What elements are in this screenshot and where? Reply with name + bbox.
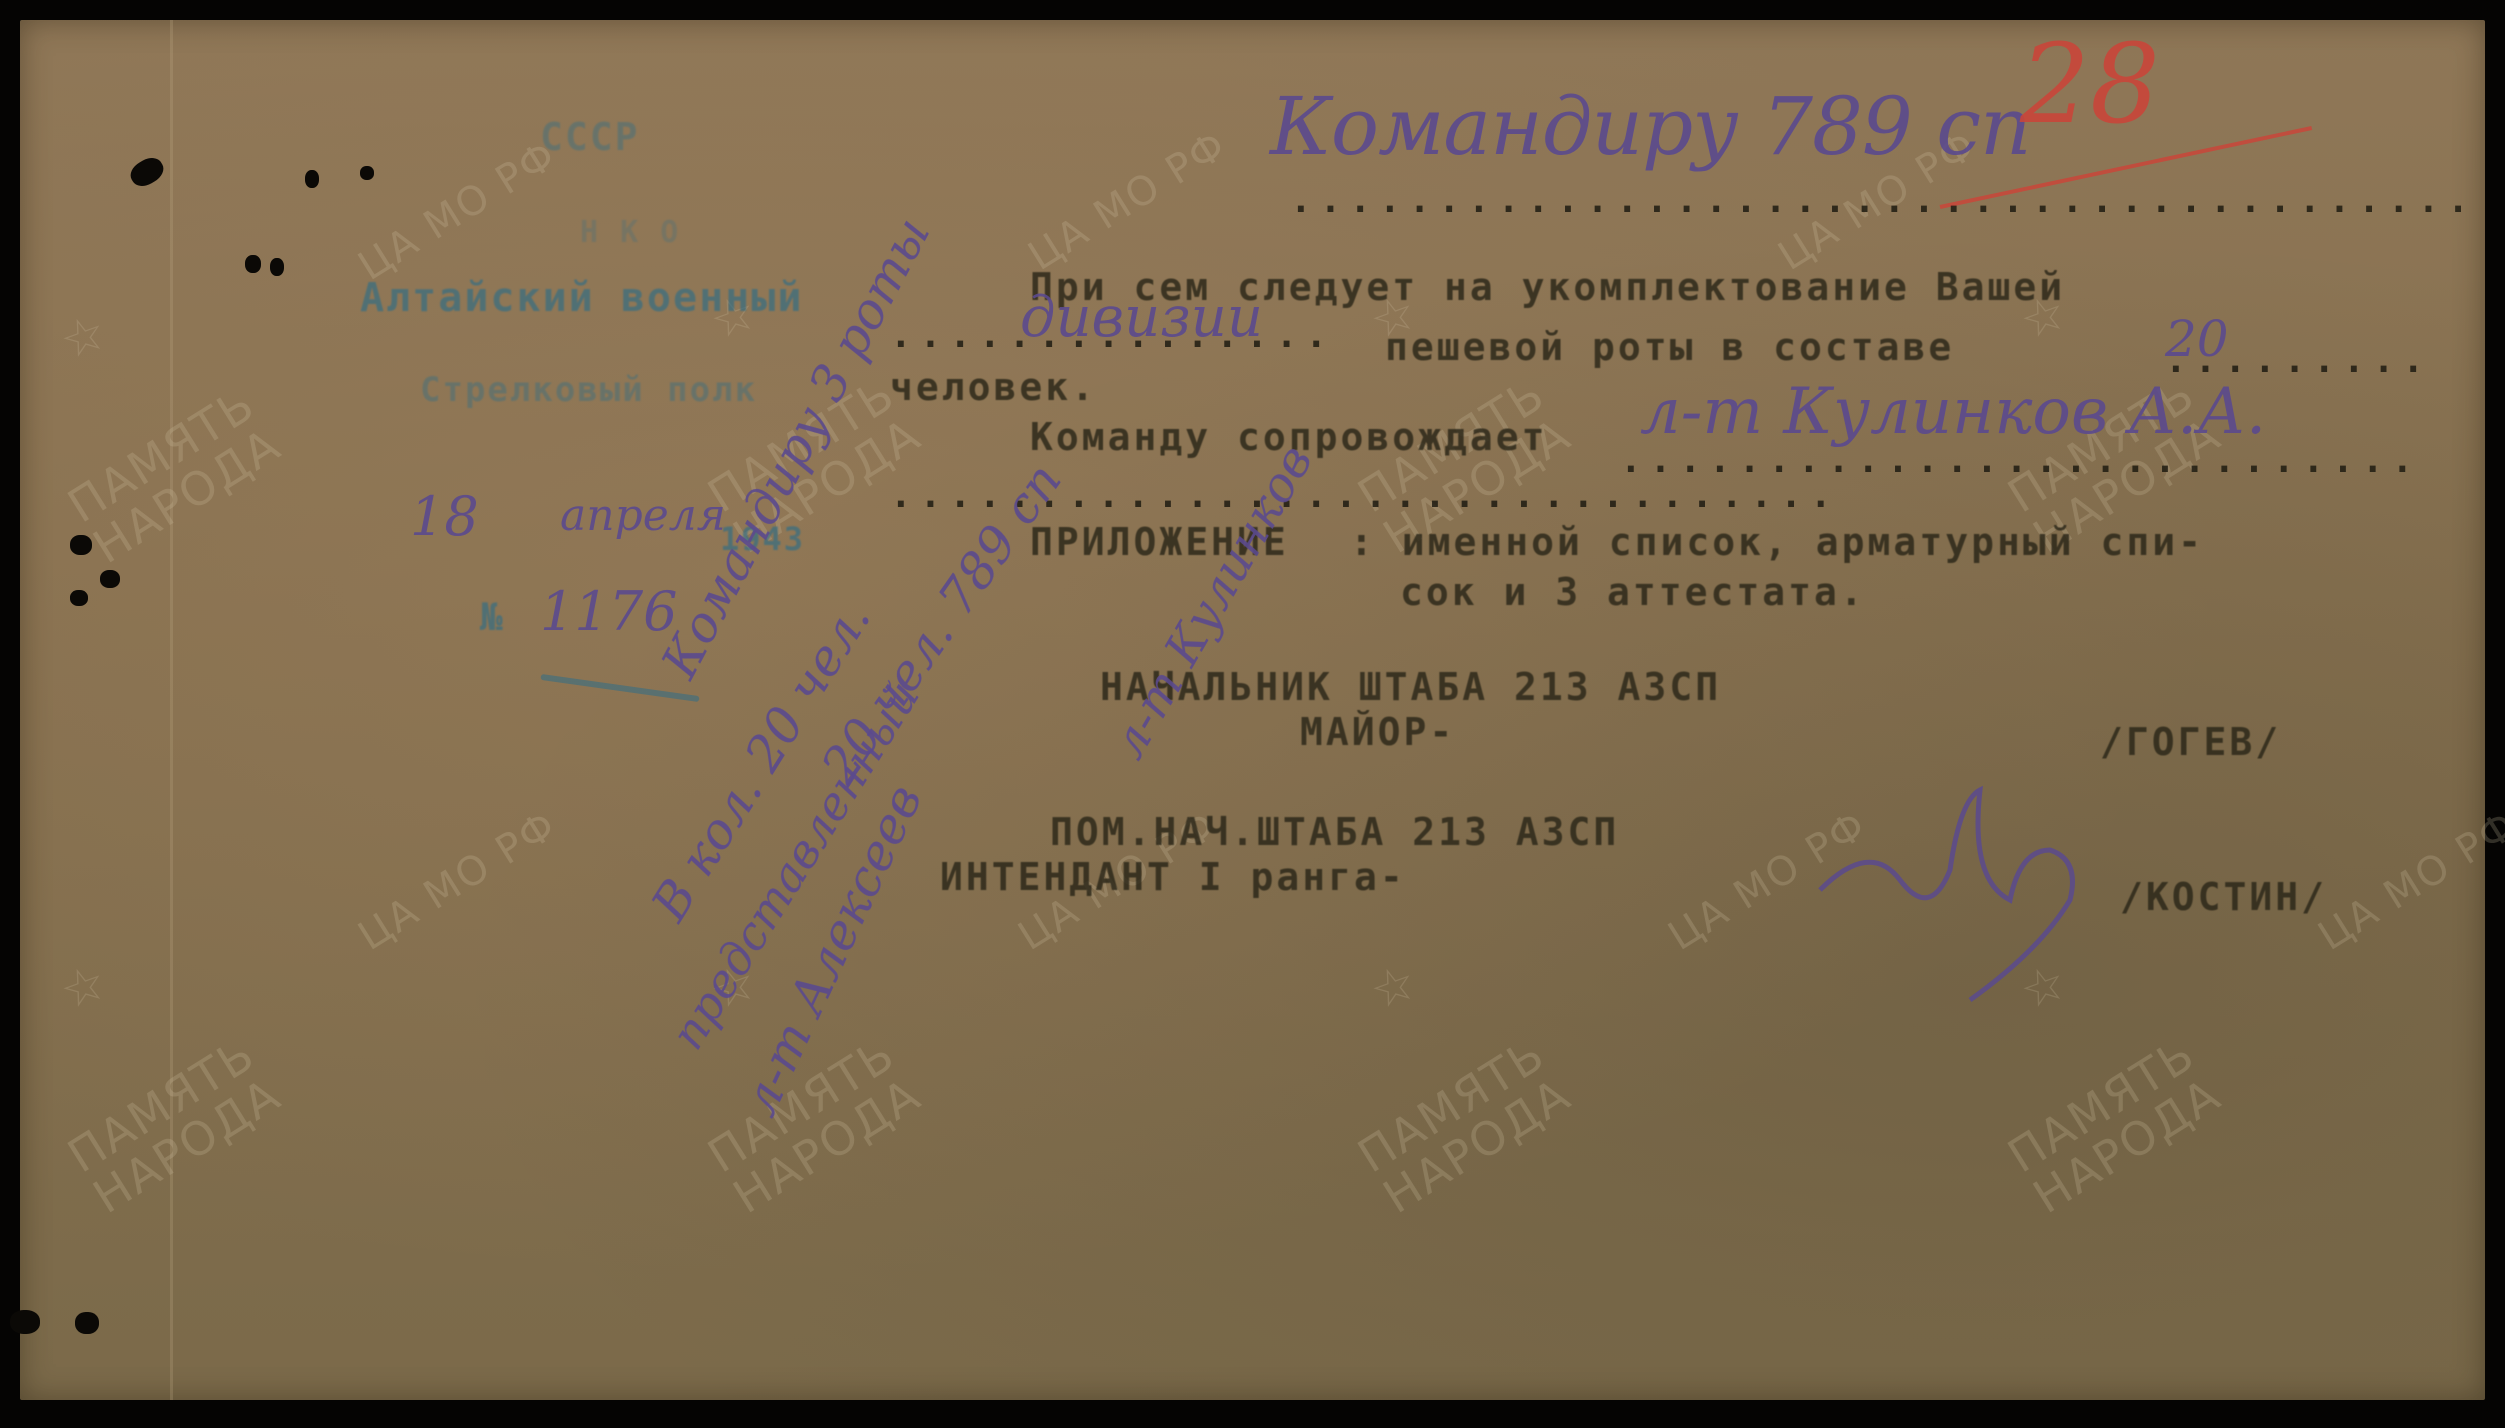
punch-hole: [245, 255, 261, 273]
star-icon: ☆: [47, 285, 115, 376]
watermark-project: ПАМЯТЬ НАРОДА: [700, 1029, 928, 1221]
punch-hole: [360, 166, 374, 180]
punch-hole: [100, 570, 120, 588]
watermark-project: ПАМЯТЬ НАРОДА: [2000, 1029, 2228, 1221]
red-pencil-number: 28: [2020, 20, 2160, 148]
attachment-text-2: сок и 3 аттестата.: [1400, 570, 1866, 614]
stamp-line-country: СССР: [540, 115, 640, 159]
punch-hole: [70, 590, 88, 606]
dotted-line: ........................................: [1290, 180, 2477, 221]
stamp-line-nko: Н К О: [580, 215, 680, 250]
document-page: ЦА МО РФ ЦА МО РФ ЦА МО РФ ЦА МО РФ ЦА М…: [20, 20, 2485, 1400]
signature-title: ПОМ.НАЧ.ШТАБА 213 АЗСП: [1050, 810, 1619, 854]
signature-rank: МАЙОР-: [1300, 710, 1455, 754]
punch-hole: [305, 170, 319, 188]
watermark-project: ПАМЯТЬ НАРОДА: [1350, 1029, 1578, 1221]
punch-hole: [70, 535, 92, 555]
signature-name: /КОСТИН/: [2120, 875, 2327, 919]
stamp-flourish: [540, 674, 699, 702]
star-icon: ☆: [1357, 935, 1425, 1026]
punch-hole: [75, 1312, 99, 1334]
watermark-project: ПАМЯТЬ НАРОДА: [60, 1029, 288, 1221]
fold-line: [170, 20, 173, 1400]
stamp-date-month: апреля: [560, 490, 726, 541]
signature-name: /ГОГЕВ/: [2100, 720, 2281, 764]
watermark-archive: ЦА МО РФ: [350, 131, 566, 291]
punch-hole: [270, 258, 284, 276]
star-icon: ☆: [47, 935, 115, 1026]
punch-hole: [126, 153, 167, 191]
watermark-archive: ЦА МО РФ: [350, 801, 566, 961]
body-line-3: человек.: [890, 365, 1097, 409]
stamp-number-prefix: №: [480, 595, 505, 639]
stamp-date-day: 18: [410, 485, 479, 548]
watermark-project: ПАМЯТЬ НАРОДА: [60, 379, 288, 571]
attachment-text-1: : именной список, арматурный спи-: [1350, 520, 2204, 564]
watermark-archive: ЦА МО РФ: [2310, 801, 2505, 961]
stamp-line-regiment: Стрелковый полк: [420, 370, 757, 410]
addressee-handwritten: Командиру 789 сп: [1270, 80, 2031, 173]
stamp-number: 1176: [540, 580, 677, 643]
body-line-2: пешевой роты в составе: [1385, 325, 1954, 369]
signature-rank: ИНТЕНДАНТ I ранга-: [940, 855, 1406, 899]
watermark-archive: ЦА МО РФ: [1020, 121, 1236, 281]
stamp-line-district: Алтайский военный: [360, 275, 803, 321]
body-unit-handwritten: дивизии: [1020, 285, 1263, 350]
punch-hole: [10, 1310, 40, 1334]
handwritten-signature: [1810, 760, 2130, 1020]
escort-handwritten: л-т Кулинков А.А.: [1640, 375, 2266, 449]
